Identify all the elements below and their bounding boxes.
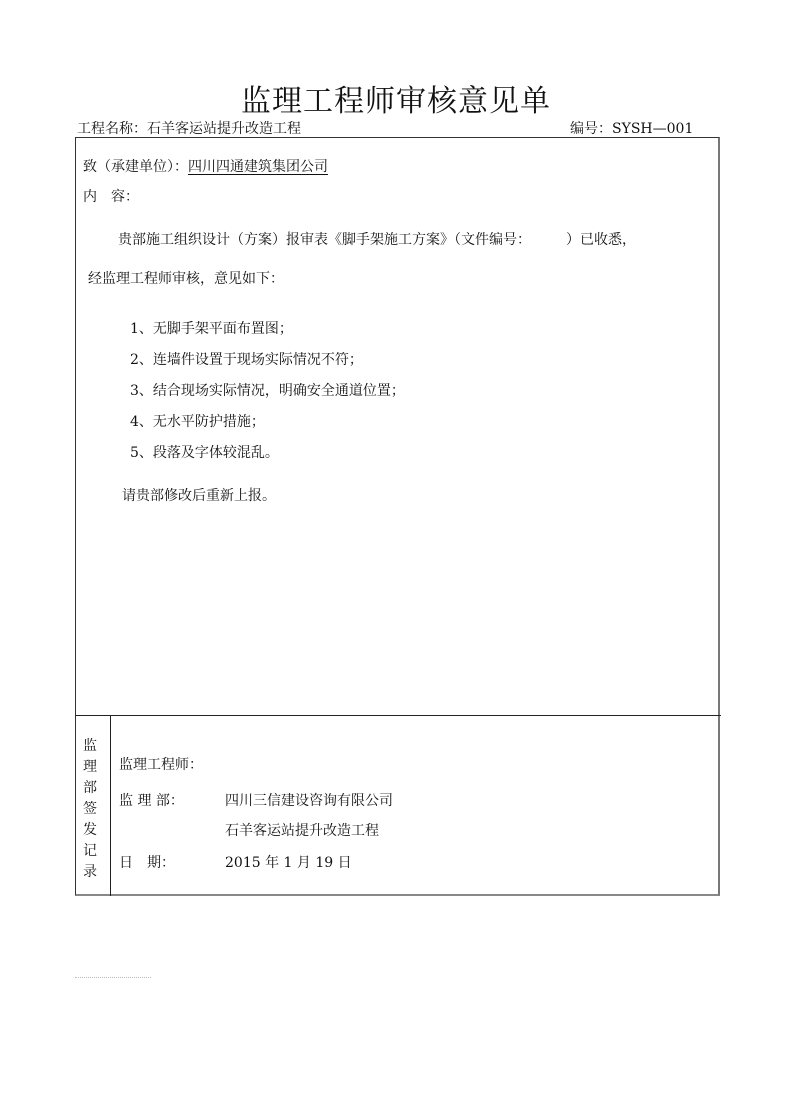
section-divider	[75, 715, 721, 716]
dept-value: 四川三信建设咨询有限公司	[225, 790, 393, 810]
footer-dotted-line	[75, 977, 151, 979]
closing-text: 请贵部修改后重新上报。	[122, 485, 276, 505]
opinion-item: 5、段落及字体较混乱。	[130, 442, 279, 462]
content-label: 内 容：	[83, 186, 139, 206]
opinion-item: 4、无水平防护措施；	[130, 411, 265, 431]
opinion-item: 1、无脚手架平面布置图；	[130, 318, 293, 338]
document-title: 监理工程师审核意见单	[0, 76, 792, 120]
recipient-name: 四川四通建筑集团公司	[188, 159, 328, 175]
opinion-item: 2、连墙件设置于现场实际情况不符；	[130, 349, 363, 369]
signoff-column-divider	[110, 715, 111, 896]
side-char: 发	[82, 820, 98, 841]
intro-line-2: 经监理工程师审核，意见如下：	[88, 268, 284, 288]
signoff-side-label: 监 理 部 签 发 记 录	[82, 736, 98, 883]
dept-project: 石羊客运站提升改造工程	[225, 820, 379, 840]
document-number: 编号：SYSH—001	[570, 118, 693, 138]
side-char: 录	[82, 862, 98, 883]
form-box	[75, 137, 720, 896]
project-name: 工程名称：石羊客运站提升改造工程	[77, 118, 301, 138]
side-char: 签	[82, 799, 98, 820]
side-char: 理	[82, 757, 98, 778]
intro-line-1: 贵部施工组织设计（方案）报审表《脚手架施工方案》（文件编号： ）已收悉，	[118, 229, 636, 249]
side-char: 监	[82, 736, 98, 757]
recipient-line: 致（承建单位）：四川四通建筑集团公司	[83, 156, 328, 176]
engineer-label: 监理工程师：	[119, 754, 203, 774]
recipient-label: 致（承建单位）：	[83, 159, 188, 175]
dept-label: 监 理 部：	[119, 790, 184, 810]
side-char: 记	[82, 841, 98, 862]
date-value: 2015 年 1 月 19 日	[225, 852, 352, 872]
date-label: 日 期：	[119, 852, 175, 872]
opinion-item: 3、结合现场实际情况，明确安全通道位置；	[130, 380, 405, 400]
side-char: 部	[82, 778, 98, 799]
